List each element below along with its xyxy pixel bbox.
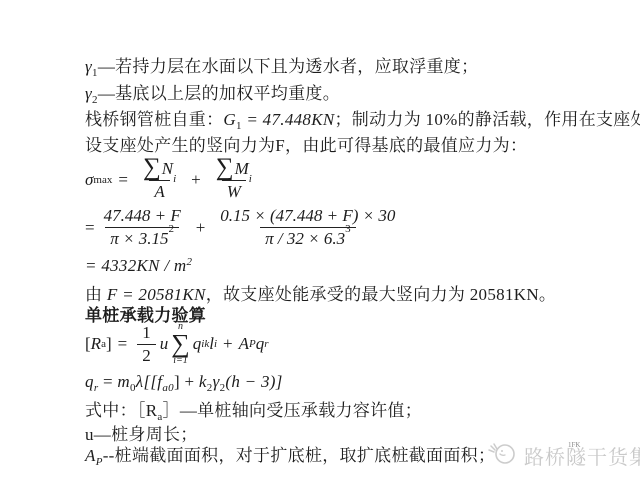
result-value: = 4332KN / m: [85, 256, 187, 275]
document-page: γ1—若持力层在水面以下且为透水者，应取浮重度； γ2—基底以上层的加权平均重度…: [0, 0, 640, 480]
text-line-support-force: 设支座处产生的竖向力为F，由此可得基底的最值应力为：: [85, 131, 527, 156]
sum-lower-limit: i=1: [173, 356, 188, 366]
qr-tail: (h − 3)]: [225, 372, 282, 391]
R-symbol: R: [91, 334, 101, 354]
bracket-plus: ] +: [174, 372, 199, 391]
whale-logo-icon: [488, 440, 518, 471]
A-symbol: A: [239, 334, 249, 354]
deadweight-value: = 47.448KN: [242, 110, 335, 129]
equals-sign: =: [118, 170, 128, 190]
where-b: ］—单桩轴向受压承载力容许值；: [163, 401, 423, 420]
deadweight-label: 栈桥钢管桩自重：: [85, 110, 223, 129]
equals-sign: =: [118, 334, 128, 354]
text-line-where: 式中：［Ra］—单桩轴向受压承载力容许值；: [85, 396, 422, 421]
watermark-text: 路桥隧干货集: [524, 441, 640, 470]
plus-sign: +: [223, 334, 233, 354]
equals-sign: =: [98, 372, 117, 391]
formula-result: = 4332KN / m2: [85, 256, 192, 276]
Ap-symbol: A: [85, 446, 96, 465]
k-symbol: k: [199, 372, 207, 391]
Ap-text: --桩端截面面积，对于扩底桩，取扩底桩截面面积；: [103, 446, 496, 465]
sum-icon: ∑: [216, 157, 234, 179]
gamma2-symbol: γ: [85, 84, 92, 103]
half-denominator: 2: [137, 344, 156, 366]
fraction-term1: 47.448 + F π × 3.152: [99, 206, 186, 249]
half-numerator: 1: [137, 323, 156, 344]
gamma1-symbol: γ: [85, 57, 92, 76]
deadweight-rest: ；制动力为 10%的静活载，作用在支座处: [335, 110, 640, 129]
fraction-term2: 0.15 × (47.448 + F) × 30 π / 32 × 6.33: [215, 206, 400, 249]
sum-with-limits: n ∑ i=1: [171, 322, 190, 366]
formula-numeric: = 47.448 + F π × 3.152 + 0.15 × (47.448 …: [85, 206, 404, 249]
gamma2-text: —基底以上层的加权平均重度。: [98, 84, 340, 103]
fraction-M-over-W: ∑Mi W: [211, 157, 257, 202]
term2-denominator: π / 32 × 6.3: [265, 229, 345, 249]
sigma-symbol: σ: [85, 170, 93, 190]
formula-sigma-max: σmax = ∑Ni A + ∑Mi W: [85, 157, 261, 202]
text-line-Ap-def: AP--桩端截面面积，对于扩底桩，取扩底桩截面面积；: [85, 441, 495, 466]
sum-icon: ∑: [143, 157, 161, 179]
plus-sign: +: [191, 170, 201, 190]
fraction-N-over-A: ∑Ni A: [138, 157, 181, 202]
Ap-subscript: P: [96, 456, 103, 468]
conclusion-text: ，故支座处能承受的最大竖向力为 20581KN。: [206, 285, 557, 304]
formula-qr: qr = m0λ[[fa0] + k2γ2(h − 3)]: [85, 372, 283, 392]
term2-numerator: 0.15 × (47.448 + F) × 30: [215, 206, 400, 227]
W-symbol: W: [227, 182, 241, 202]
m-symbol: m: [117, 372, 130, 391]
result-exponent: 2: [187, 256, 193, 268]
qr-symbol: q: [256, 334, 265, 354]
text-line-deadweight: 栈桥钢管桩自重：G1 = 47.448KN；制动力为 10%的静活载，作用在支座…: [85, 105, 640, 130]
qr-symbol: q: [85, 372, 94, 391]
G-symbol: G: [223, 110, 236, 129]
watermark: 路桥隧干货集 1FK: [488, 440, 640, 471]
text-line-gamma1: γ1—若持力层在水面以下且为透水者，应取浮重度；: [85, 52, 478, 77]
where-a: 式中：［R: [85, 401, 157, 420]
gamma1-text: —若持力层在水面以下且为透水者，应取浮重度；: [98, 57, 479, 76]
u-symbol: u: [160, 334, 169, 354]
lambda-bracket: λ[[: [136, 372, 158, 391]
watermark-badge: 1FK: [568, 441, 580, 449]
sum-icon: ∑: [171, 332, 190, 356]
gamma-symbol: γ: [213, 372, 220, 391]
term1-denominator: π × 3.15: [110, 229, 168, 249]
q-symbol: q: [193, 334, 202, 354]
formula-Ra: [Ra] = 1 2 u n ∑ i=1 qikli + APqr: [85, 322, 269, 366]
fraction-one-half: 1 2: [137, 323, 156, 366]
M-symbol: M: [235, 159, 249, 179]
text-line-gamma2: γ2—基底以上层的加权平均重度。: [85, 79, 340, 104]
f-subscript: a0: [162, 382, 174, 394]
equals-sign: =: [85, 218, 95, 238]
bracket-close: ]: [106, 334, 112, 354]
plus-sign: +: [196, 218, 206, 238]
A-symbol: A: [154, 182, 164, 202]
N-symbol: N: [162, 159, 173, 179]
